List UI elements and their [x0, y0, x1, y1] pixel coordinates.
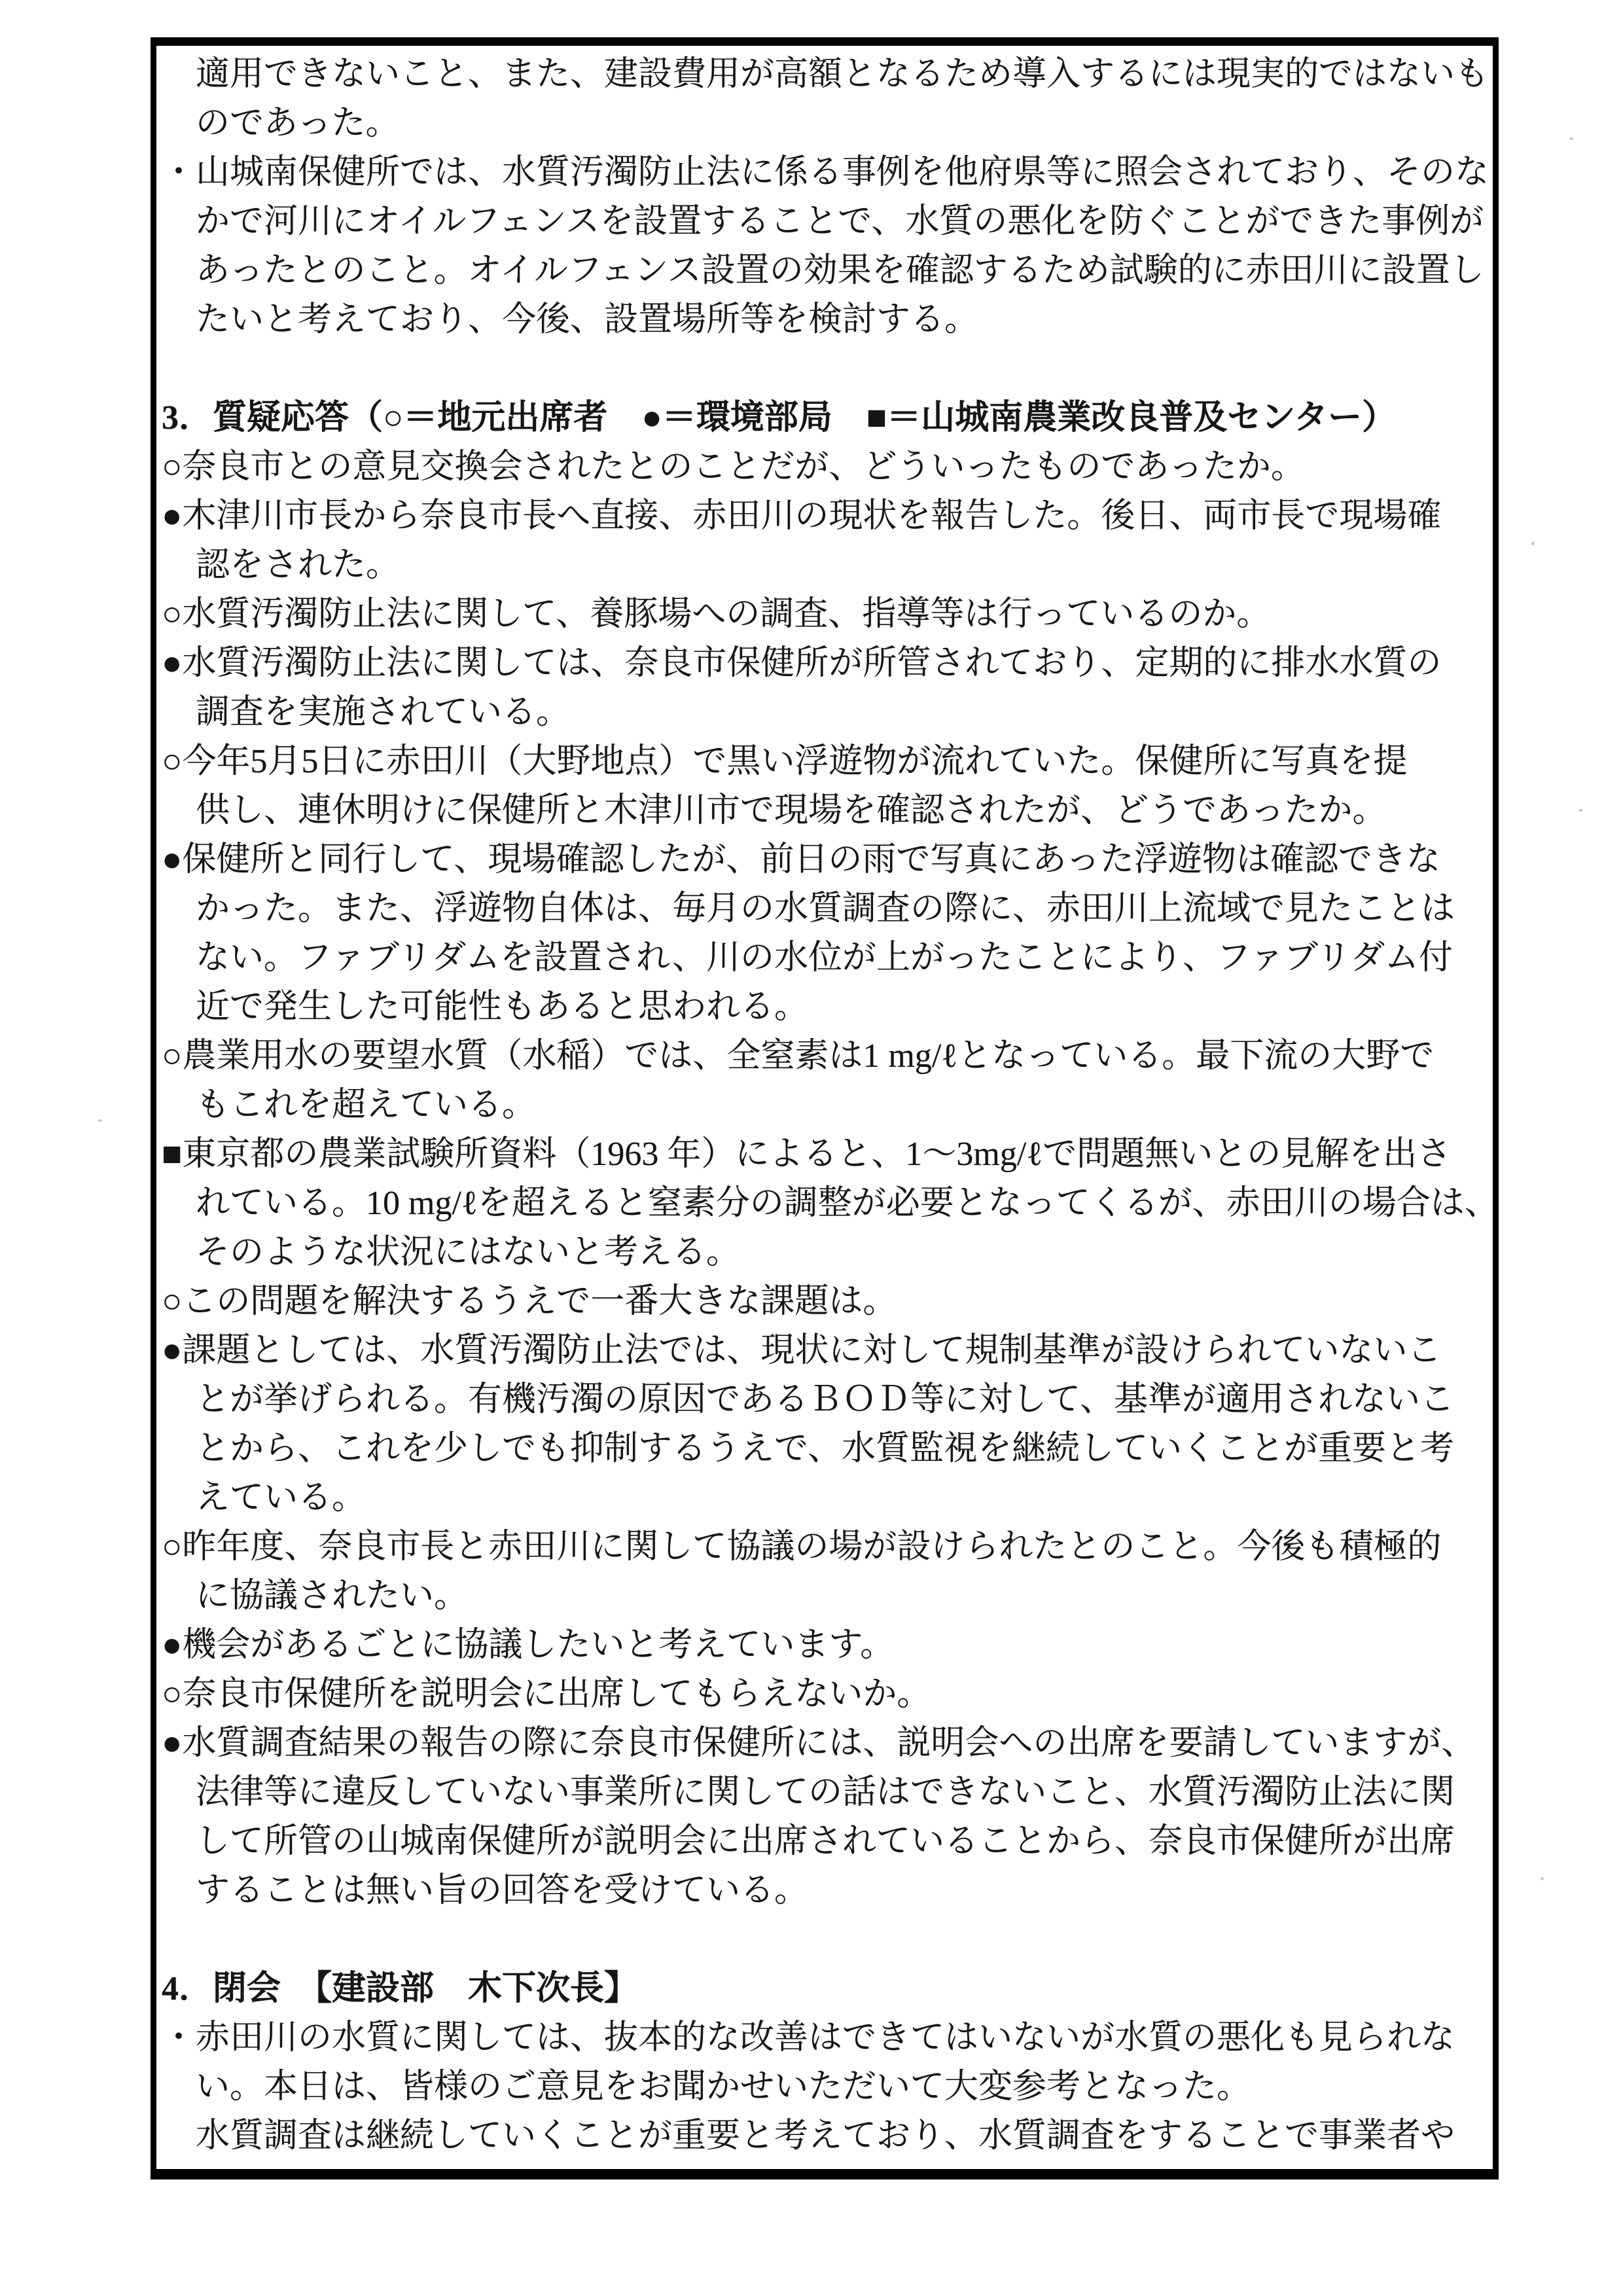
text-line: 調査を実施されている。	[162, 688, 1485, 737]
text-line: ・赤田川の水質に関しては、抜本的な改善はできてはいないが水質の悪化も見られな	[162, 2013, 1485, 2062]
text-line: 近で発生した可能性もあると思われる。	[162, 982, 1485, 1031]
text-line: ■東京都の農業試験所資料（1963 年）によると、1～3mg/ℓで問題無いとの見…	[162, 1130, 1485, 1179]
text-line: ●課題としては、水質汚濁防止法では、現状に対して規制基準が設けられていないこ	[162, 1326, 1485, 1375]
scan-speckle	[1541, 1877, 1544, 1880]
section-heading: 3．質疑応答（○＝地元出席者 ●＝環境部局 ■＝山城南農業改良普及センター）	[162, 393, 1485, 442]
text-line: ない。ファブリダムを設置され、川の水位が上がったことにより、ファブリダム付	[162, 933, 1485, 982]
scanned-page: 適用できないこと、また、建設費用が高額となるため導入するには現実的ではないもので…	[0, 0, 1623, 2296]
text-line: ・山城南保健所では、水質汚濁防止法に係る事例を他府県等に照会されており、そのな	[162, 148, 1485, 197]
blank-line	[162, 1915, 1485, 1964]
document-body: 適用できないこと、また、建設費用が高額となるため導入するには現実的ではないもので…	[162, 50, 1485, 2169]
text-line: とが挙げられる。有機汚濁の原因であるＢＯＤ等に対して、基準が適用されないこ	[162, 1375, 1485, 1424]
text-line: い。本日は、皆様のご意見をお聞かせいただいて大変参考となった。	[162, 2062, 1485, 2111]
text-line: ○水質汚濁防止法に関して、養豚場への調査、指導等は行っているのか。	[162, 590, 1485, 639]
text-line: れている。10 mg/ℓを超えると窒素分の調整が必要となってくるが、赤田川の場合…	[162, 1179, 1485, 1228]
text-line: とから、これを少しでも抑制するうえで、水質監視を継続していくことが重要と考	[162, 1424, 1485, 1473]
text-line: して所管の山城南保健所が説明会に出席されていることから、奈良市保健所が出席	[162, 1817, 1485, 1866]
text-line: ○農業用水の要望水質（水稲）では、全窒素は1 mg/ℓとなっている。最下流の大野…	[162, 1031, 1485, 1081]
text-line: ●水質汚濁防止法に関しては、奈良市保健所が所管されており、定期的に排水水質の	[162, 639, 1485, 688]
text-line: 認をされた。	[162, 541, 1485, 590]
text-line: することは無い旨の回答を受けている。	[162, 1866, 1485, 1915]
scan-speckle	[98, 1119, 102, 1122]
text-line: ●水質調査結果の報告の際に奈良市保健所には、説明会への出席を要請していますが、	[162, 1719, 1485, 1768]
section-heading: 4．閉会 【建設部 木下次長】	[162, 1964, 1485, 2013]
content-frame: 適用できないこと、また、建設費用が高額となるため導入するには現実的ではないもので…	[151, 37, 1499, 2179]
text-line: のであった。	[162, 99, 1485, 148]
text-line: ●木津川市長から奈良市長へ直接、赤田川の現状を報告した。後日、両市長で現場確	[162, 492, 1485, 541]
blank-line	[162, 344, 1485, 393]
text-line: そのような状況にはないと考える。	[162, 1228, 1485, 1277]
text-line: 法律等に違反していない事業所に関しての話はできないこと、水質汚濁防止法に関	[162, 1768, 1485, 1817]
text-line: あったとのこと。オイルフェンス設置の効果を確認するため試験的に赤田川に設置し	[162, 246, 1485, 295]
text-line: ○今年5月5日に赤田川（大野地点）で黒い浮遊物が流れていた。保健所に写真を提	[162, 737, 1485, 786]
scan-speckle	[1531, 542, 1535, 545]
text-line: えている。	[162, 1473, 1485, 1522]
scan-speckle	[1578, 809, 1583, 812]
text-line: ○奈良市との意見交換会されたとのことだが、どういったものであったか。	[162, 442, 1485, 492]
text-line: ○この問題を解決するうえで一番大きな課題は。	[162, 1277, 1485, 1326]
text-line: かった。また、浮遊物自体は、毎月の水質調査の際に、赤田川上流域で見たことは	[162, 884, 1485, 933]
text-line: ○昨年度、奈良市長と赤田川に関して協議の場が設けられたとのこと。今後も積極的	[162, 1522, 1485, 1571]
text-line: 適用できないこと、また、建設費用が高額となるため導入するには現実的ではないも	[162, 50, 1485, 99]
text-line: かで河川にオイルフェンスを設置することで、水質の悪化を防ぐことができた事例が	[162, 197, 1485, 246]
text-line: たいと考えており、今後、設置場所等を検討する。	[162, 295, 1485, 344]
text-line: 供し、連休明けに保健所と木津川市で現場を確認されたが、どうであったか。	[162, 786, 1485, 835]
text-line: 水質調査は継続していくことが重要と考えており、水質調査をすることで事業者や	[162, 2111, 1485, 2161]
scan-speckle	[1569, 137, 1573, 140]
text-line: ○奈良市保健所を説明会に出席してもらえないか。	[162, 1670, 1485, 1719]
text-line: ●機会があるごとに協議したいと考えています。	[162, 1621, 1485, 1670]
text-line: に協議されたい。	[162, 1571, 1485, 1621]
text-line: ●保健所と同行して、現場確認したが、前日の雨で写真にあった浮遊物は確認できな	[162, 835, 1485, 884]
text-line: もこれを超えている。	[162, 1081, 1485, 1130]
